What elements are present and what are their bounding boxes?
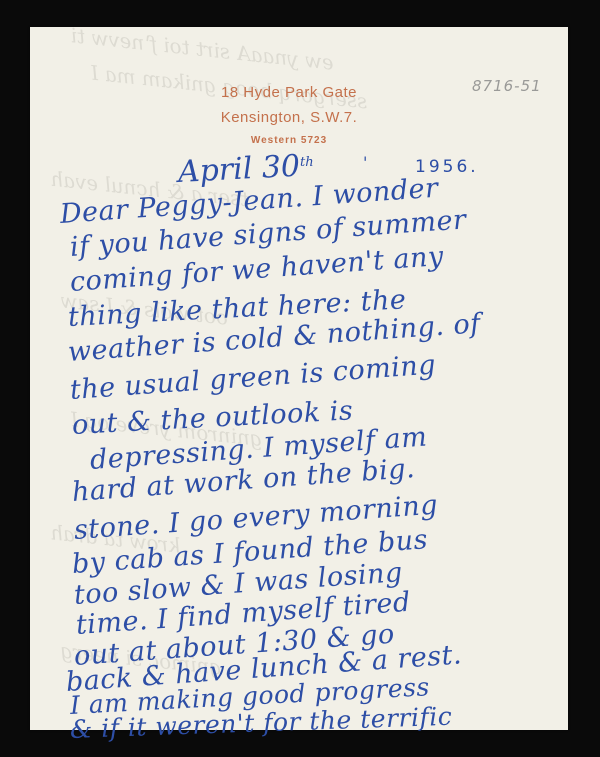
letterhead-telephone: Western 5723 [20, 135, 558, 146]
letter-date-tick: ' [363, 153, 367, 172]
archive-mark: 8716-51 [472, 77, 542, 95]
letterhead-address-line-2: Kensington, S.W.7. [20, 109, 558, 126]
letter-date-suffix: th [300, 155, 314, 170]
letter-page: ew ynaaA sirt toi f'nevw ti ssergorq boo… [30, 27, 568, 730]
